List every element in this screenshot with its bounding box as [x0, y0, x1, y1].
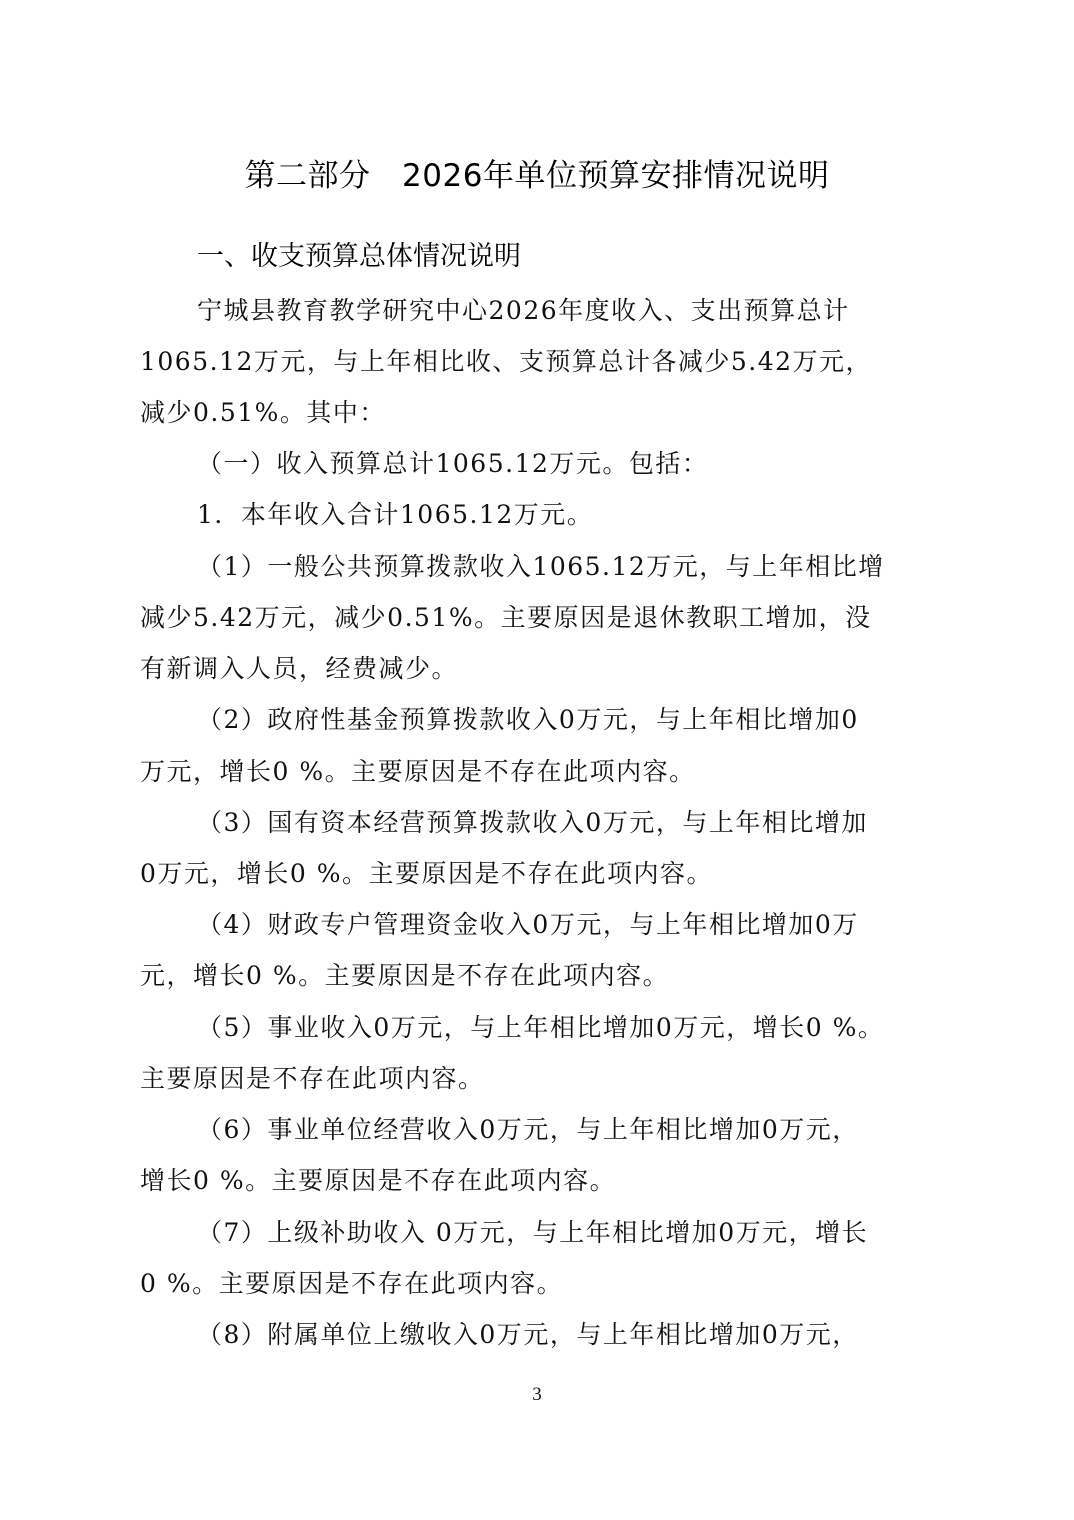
paragraph-line: （3）国有资本经营预算拨款收入0万元，与上年相比增加 — [197, 803, 997, 839]
paragraph-line: （4）财政专户管理资金收入0万元，与上年相比增加0万 — [197, 905, 997, 941]
paragraph-line: 增长0 %。主要原因是不存在此项内容。 — [140, 1161, 940, 1197]
page-title: 第二部分 2026年单位预算安排情况说明 — [0, 150, 1074, 195]
paragraph-line: 宁城县教育教学研究中心2026年度收入、支出预算总计 — [197, 291, 997, 327]
paragraph-line: （6）事业单位经营收入0万元，与上年相比增加0万元， — [197, 1110, 997, 1146]
paragraph-line: （7）上级补助收入 0万元，与上年相比增加0万元，增长 — [197, 1213, 997, 1249]
paragraph-line: 万元，增长0 %。主要原因是不存在此项内容。 — [140, 752, 940, 788]
paragraph-line: 元，增长0 %。主要原因是不存在此项内容。 — [140, 956, 940, 992]
page-number: 3 — [0, 1384, 1074, 1406]
paragraph-line: 减少5.42万元，减少0.51%。主要原因是退休教职工增加，没 — [140, 598, 940, 634]
paragraph-line: （1）一般公共预算拨款收入1065.12万元，与上年相比增 — [197, 547, 997, 583]
document-page: 第二部分 2026年单位预算安排情况说明 一、收支预算总体情况说明 宁城县教育教… — [0, 0, 1074, 1520]
paragraph-line: 有新调入人员，经费减少。 — [140, 649, 940, 685]
paragraph-line: 主要原因是不存在此项内容。 — [140, 1059, 940, 1095]
paragraph-line: 1065.12万元，与上年相比收、支预算总计各减少5.42万元， — [140, 342, 940, 378]
paragraph-line: （一）收入预算总计1065.12万元。包括： — [197, 444, 997, 480]
paragraph-line: （8）附属单位上缴收入0万元，与上年相比增加0万元， — [197, 1315, 997, 1351]
paragraph-line: 0 %。主要原因是不存在此项内容。 — [140, 1264, 940, 1300]
paragraph-line: （5）事业收入0万元，与上年相比增加0万元，增长0 %。 — [197, 1008, 997, 1044]
paragraph-line: （2）政府性基金预算拨款收入0万元，与上年相比增加0 — [197, 700, 997, 736]
paragraph-line: 1．本年收入合计1065.12万元。 — [197, 495, 997, 531]
section-heading: 一、收支预算总体情况说明 — [197, 234, 521, 273]
paragraph-line: 0万元，增长0 %。主要原因是不存在此项内容。 — [140, 854, 940, 890]
paragraph-line: 减少0.51%。其中： — [140, 393, 940, 429]
